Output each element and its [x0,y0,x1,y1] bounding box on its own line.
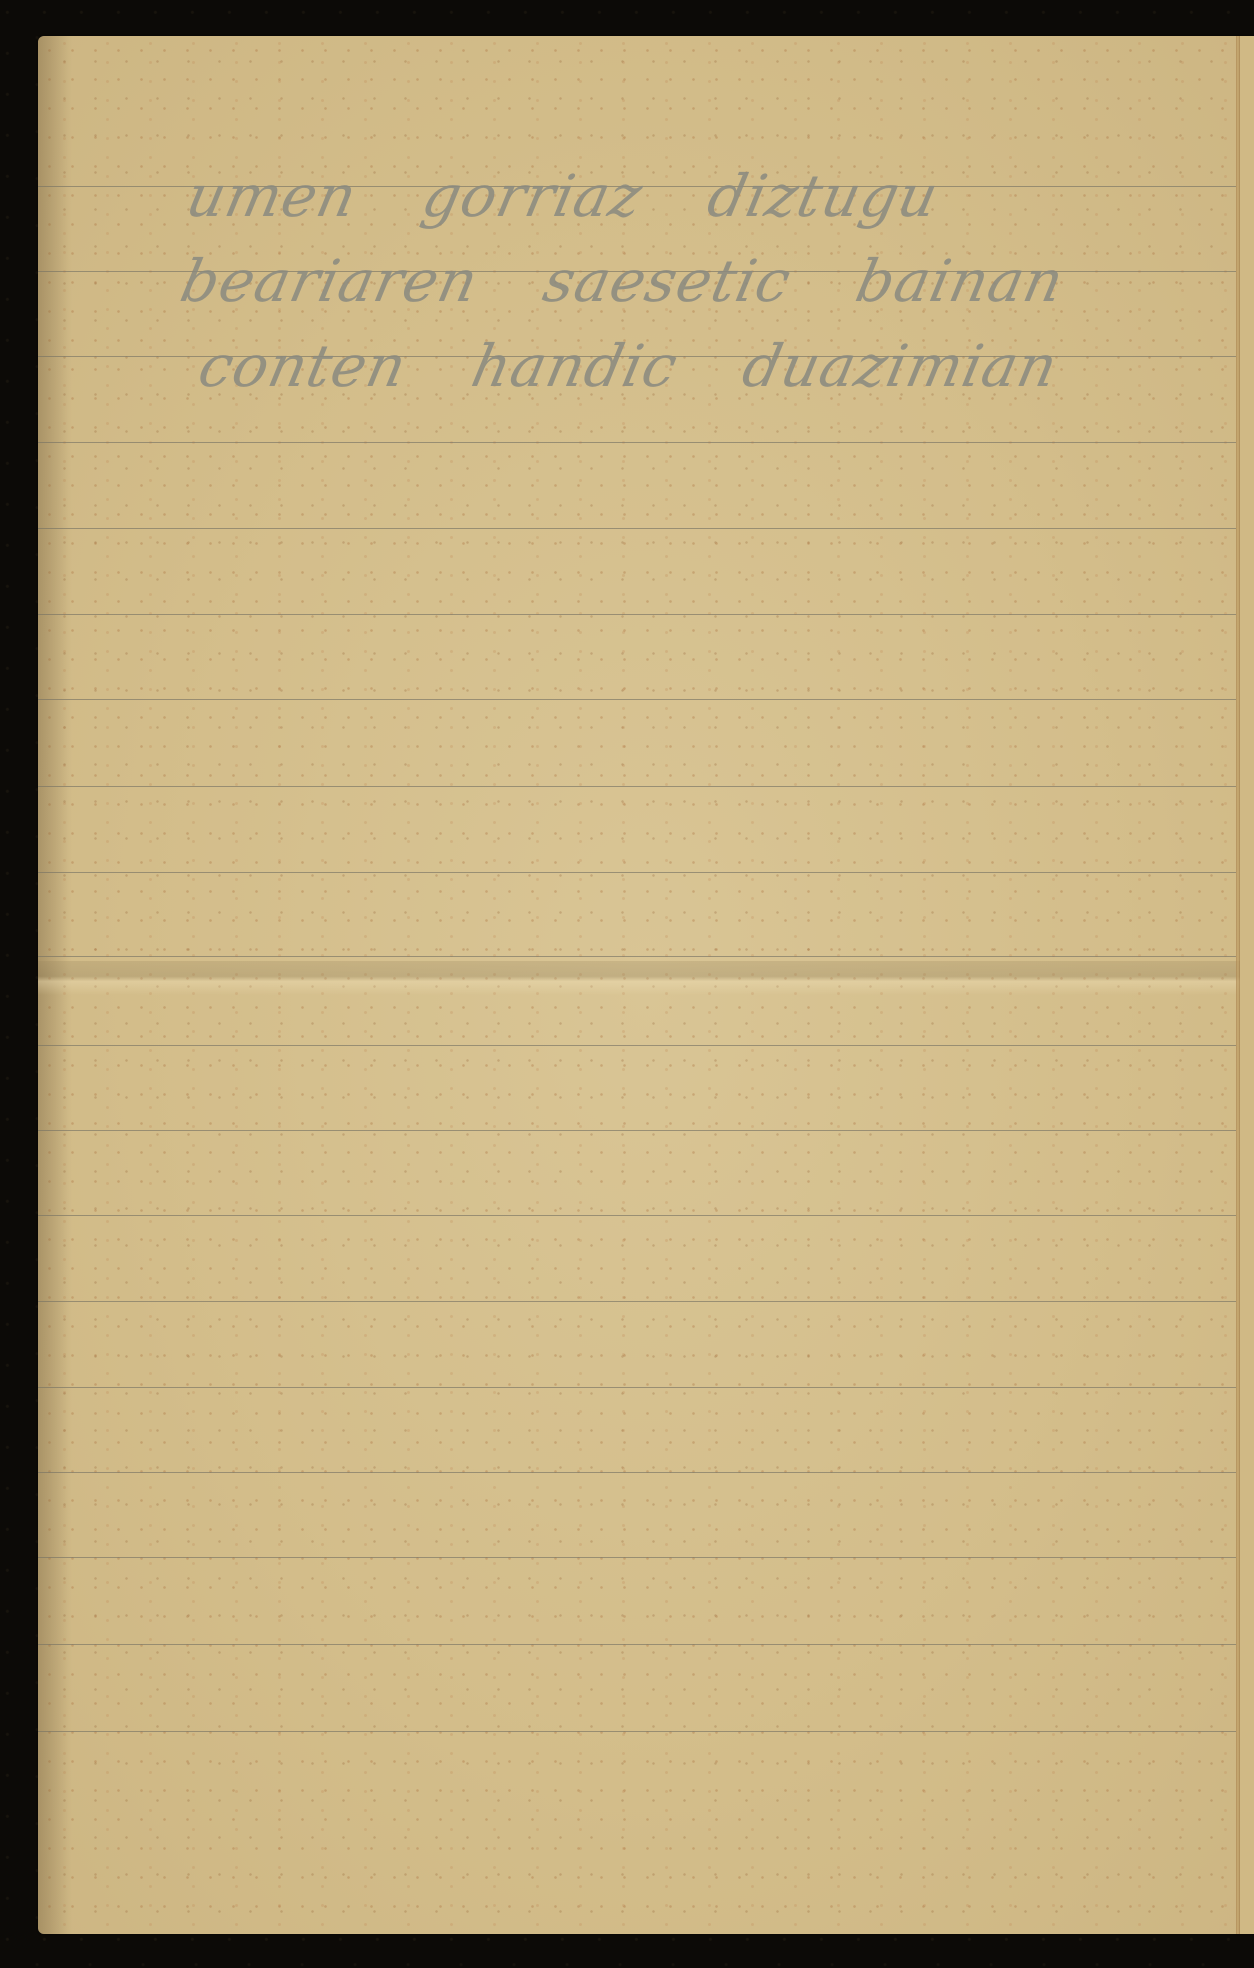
ruled-line [38,1644,1236,1645]
ruled-line [38,528,1236,529]
paper-fold [38,961,1254,995]
ruled-line [38,872,1236,873]
handwriting-line-1: umen gorriaz diztugu [179,154,1120,239]
handwriting-line-2: beariaren saesetic bainan [173,239,1120,324]
ruled-line [38,614,1236,615]
word: umen [179,154,365,239]
word: bainan [848,239,1072,324]
word: duazimian [735,324,1066,409]
word: saesetic [536,239,799,324]
ruled-line [38,1387,1236,1388]
word: conten [191,324,415,409]
ruled-line [38,956,1236,957]
ruled-line [38,699,1236,700]
ruled-line [38,1731,1236,1732]
word: handic [464,324,686,409]
word: beariaren [173,239,486,324]
adjacent-page-strip [1240,36,1254,1934]
ruled-line [38,1301,1236,1302]
ruled-line [38,1557,1236,1558]
ruled-line [38,1130,1236,1131]
word: gorriaz [414,154,650,239]
ruled-line [38,786,1236,787]
ruled-line [38,442,1236,443]
ruled-line [38,1215,1236,1216]
handwritten-text: umen gorriaz diztugu beariaren saesetic … [188,154,1111,409]
ruled-line [38,1045,1236,1046]
ruled-line [38,1472,1236,1473]
word: diztugu [700,154,946,239]
paper-sheet: umen gorriaz diztugu beariaren saesetic … [38,36,1254,1934]
handwriting-line-3: conten handic duazimian [191,324,1120,409]
